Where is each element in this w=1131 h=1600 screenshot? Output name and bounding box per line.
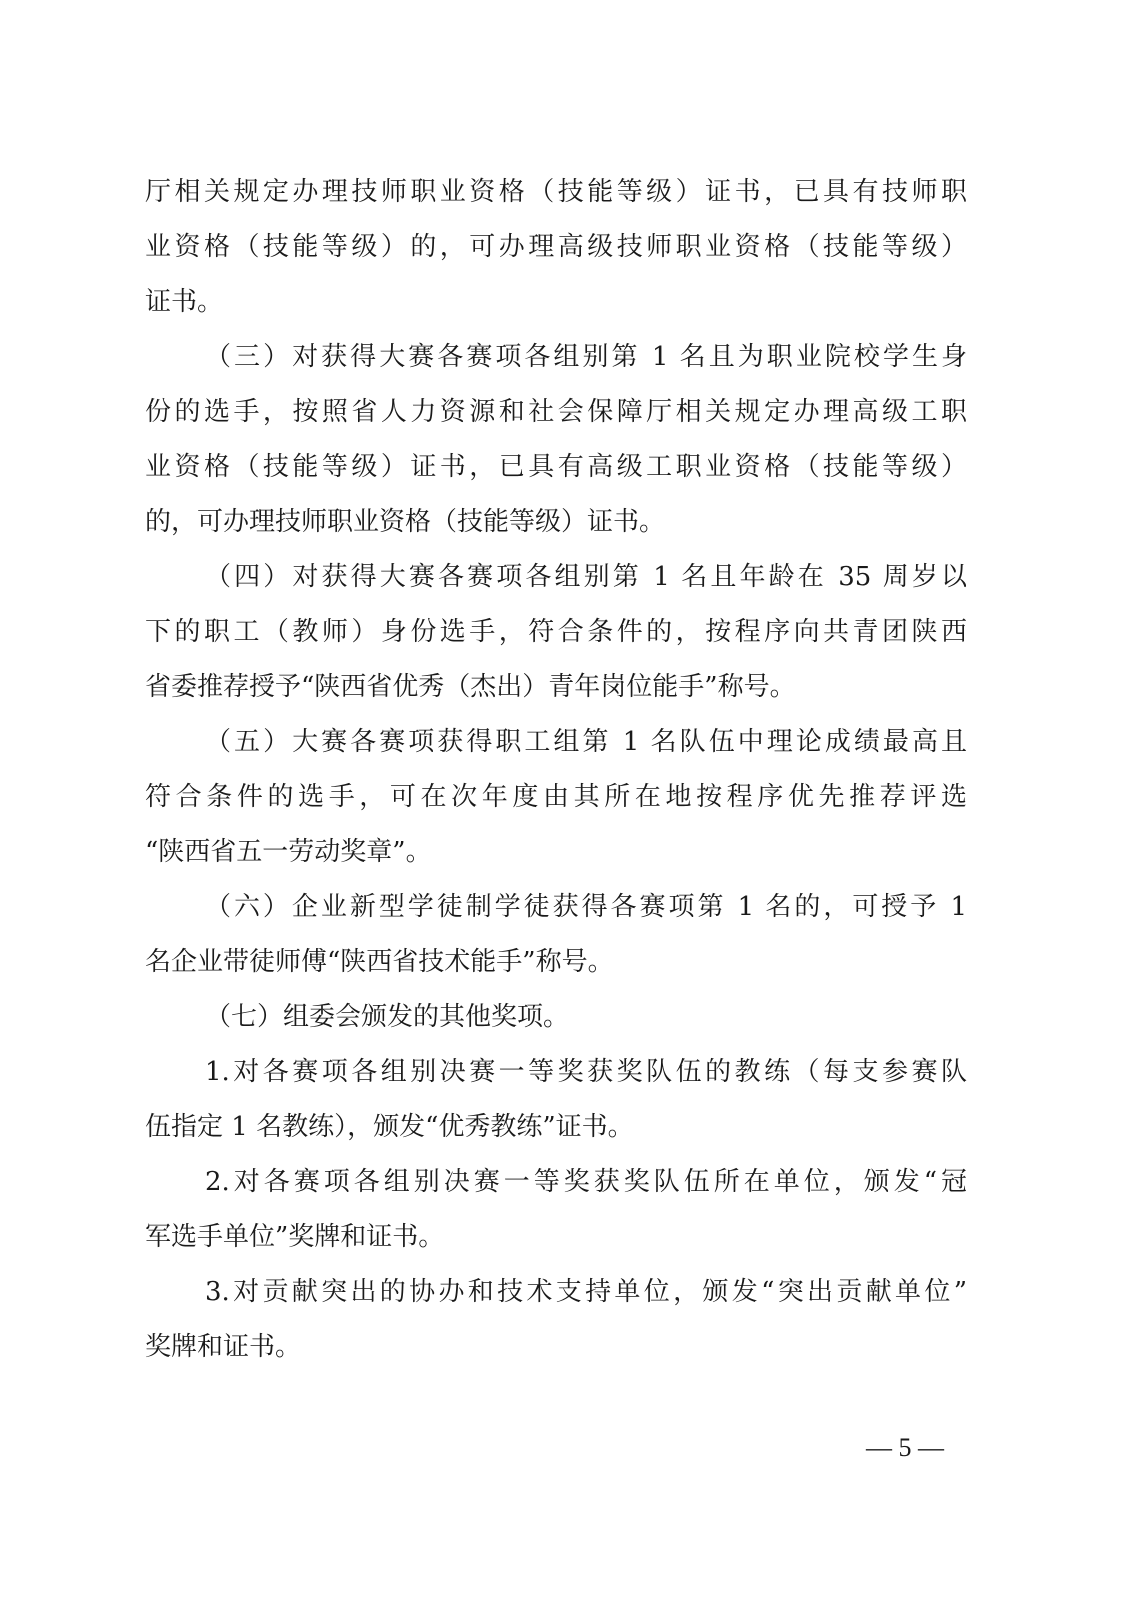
paragraph-continuation-line: 证书。	[145, 282, 967, 322]
paragraph-item-7-heading: （七）组委会颁发的其他奖项。	[205, 997, 967, 1037]
paragraph-item-4-line: 下的职工（教师）身份选手，符合条件的，按程序向共青团陕西	[145, 612, 967, 652]
paragraph-item-4-line: 省委推荐授予“陕西省优秀（杰出）青年岗位能手”称号。	[145, 667, 967, 707]
paragraph-item-7-2-line: 2.对各赛项各组别决赛一等奖获奖队伍所在单位，颁发“冠	[205, 1162, 967, 1202]
paragraph-item-3-line: 份的选手，按照省人力资源和社会保障厅相关规定办理高级工职	[145, 392, 967, 432]
paragraph-item-7-3-line: 3.对贡献突出的协办和技术支持单位，颁发“突出贡献单位”	[205, 1272, 967, 1312]
paragraph-item-3-line: （三）对获得大赛各赛项各组别第 1 名且为职业院校学生身	[205, 337, 967, 377]
paragraph-item-7-1-line: 1.对各赛项各组别决赛一等奖获奖队伍的教练（每支参赛队	[205, 1052, 967, 1092]
page-number: — 5 —	[855, 1428, 955, 1468]
paragraph-continuation-line: 厅相关规定办理技师职业资格（技能等级）证书，已具有技师职	[145, 172, 967, 212]
paragraph-item-5-line: （五）大赛各赛项获得职工组第 1 名队伍中理论成绩最高且	[205, 722, 967, 762]
paragraph-item-5-line: 符合条件的选手，可在次年度由其所在地按程序优先推荐评选	[145, 777, 967, 817]
paragraph-item-5-line: “陕西省五一劳动奖章”。	[145, 832, 967, 872]
paragraph-continuation-line: 业资格（技能等级）的，可办理高级技师职业资格（技能等级）	[145, 227, 967, 267]
paragraph-item-3-line: 业资格（技能等级）证书，已具有高级工职业资格（技能等级）	[145, 447, 967, 487]
paragraph-item-6-line: 名企业带徒师傅“陕西省技术能手”称号。	[145, 942, 967, 982]
paragraph-item-7-1-line: 伍指定 1 名教练），颁发“优秀教练”证书。	[145, 1107, 967, 1147]
paragraph-item-7-3-line: 奖牌和证书。	[145, 1327, 967, 1367]
paragraph-item-4-line: （四）对获得大赛各赛项各组别第 1 名且年龄在 35 周岁以	[205, 557, 967, 597]
paragraph-item-3-line: 的，可办理技师职业资格（技能等级）证书。	[145, 502, 967, 542]
paragraph-item-6-line: （六）企业新型学徒制学徒获得各赛项第 1 名的，可授予 1	[205, 887, 967, 927]
paragraph-item-7-2-line: 军选手单位”奖牌和证书。	[145, 1217, 967, 1257]
document-page: 厅相关规定办理技师职业资格（技能等级）证书，已具有技师职 业资格（技能等级）的，…	[0, 0, 1131, 1600]
